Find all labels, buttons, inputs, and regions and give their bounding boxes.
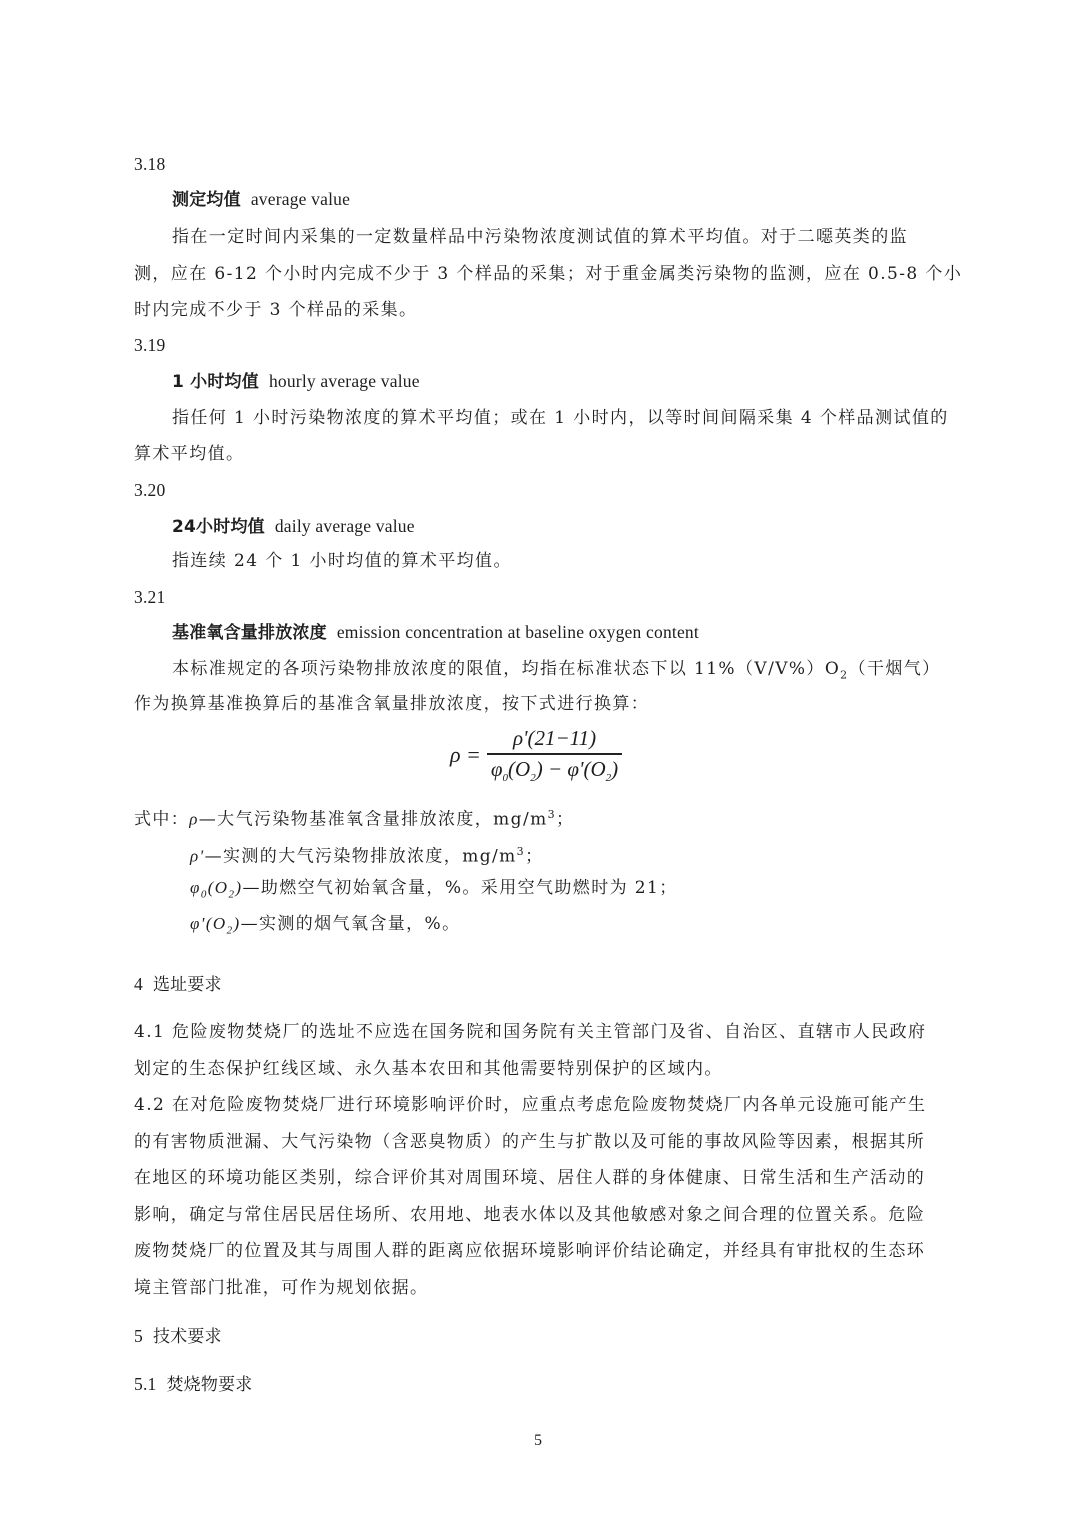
term-heading: 测定均值average value [172,187,350,212]
subsection-title: 焚烧物要求 [166,1375,252,1395]
term-en: hourly average value [269,371,420,391]
variable-definition: φ0(O2)—助燃空气初始氧含量，%。采用空气助燃时为 21； [190,876,678,906]
paragraph-line: 测，应在 6-12 个小时内完成不少于 3 个样品的采集；对于重金属类污染物的监… [134,262,962,286]
variable-desc: —大气污染物基准氧含量排放浓度，mg/m [199,810,548,830]
text-run: ) [611,757,618,781]
paragraph-line: 时内完成不少于 3 个样品的采集。 [134,298,417,322]
formula-denominator: φ0(O2) − φ'(O2) [487,755,622,784]
subsection-heading: 5.1焚烧物要求 [134,1372,252,1397]
paragraph-line: 废物焚烧厂的位置及其与周围人群的距离应依据环境影响评价结论确定，并经具有审批权的… [134,1239,925,1263]
paragraph-line: 在地区的环境功能区类别，综合评价其对周围环境、居住人群的身体健康、日常生活和生产… [134,1166,925,1190]
subscript: 0 [201,888,208,900]
section-title: 选址要求 [153,975,222,995]
variable-symbol: (O [208,878,229,897]
variable-symbol: ρ' [190,847,205,866]
variable-symbol: ρ [189,810,199,829]
paragraph-line: 划定的生态保护红线区域、永久基本农田和其他需要特别保护的区域内。 [134,1057,723,1081]
term-heading: 24小时均值daily average value [172,514,415,539]
term-heading: 1 小时均值hourly average value [172,369,420,394]
variable-desc: —实测的大气污染物排放浓度，mg/m [205,847,517,867]
term-cn: 24小时均值 [172,517,265,537]
term-cn: 测定均值 [172,190,241,210]
term-en: daily average value [275,516,415,536]
paragraph-line: 指连续 24 个 1 小时均值的算术平均值。 [172,549,512,573]
paragraph-line: 境主管部门批准，可作为规划依据。 [134,1276,428,1300]
subscript: 2 [227,924,234,936]
section-heading: 5技术要求 [134,1324,222,1349]
text-run: (O [508,757,530,781]
text-run: （干烟气） [849,659,941,679]
paragraph-line: 4.2 在对危险废物焚烧厂进行环境影响评价时，应重点考虑危险废物焚烧厂内各单元设… [134,1093,926,1117]
variable-symbol: φ'(O [190,914,227,933]
subsection-number: 5.1 [134,1374,156,1394]
section-number: 5 [134,1326,143,1346]
variable-symbol: φ [190,878,201,897]
variable-definition: ρ'—实测的大气污染物排放浓度，mg/m3； [190,840,543,869]
clause-number: 3.18 [134,152,165,176]
paragraph-line: 算术平均值。 [134,442,244,466]
conversion-formula: ρ = ρ'(21−11) φ0(O2) − φ'(O2) [450,722,622,788]
variable-definition: 式中：ρ—大气污染物基准氧含量排放浓度，mg/m3； [134,803,574,832]
term-en: average value [251,189,350,209]
page-number: 5 [534,1432,542,1450]
subscript: 2 [840,668,848,681]
text-run: 本标准规定的各项污染物排放浓度的限值，均指在标准状态下以 11%（V/V%）O [172,659,840,679]
variable-desc: —实测的烟气氧含量，%。 [241,914,461,934]
clause-number: 3.19 [134,333,165,357]
variable-symbol: ) [234,914,241,933]
section-title: 技术要求 [153,1327,222,1347]
paragraph-line: 指在一定时间内采集的一定数量样品中污染物浓度测试值的算术平均值。对于二噁英类的监 [172,225,908,249]
text-run: ； [556,810,574,830]
formula-fraction: ρ'(21−11) φ0(O2) − φ'(O2) [487,726,622,784]
clause-number: 3.20 [134,478,165,502]
paragraph-line: 4.1 危险废物焚烧厂的选址不应选在国务院和国务院有关主管部门及省、自治区、直辖… [134,1020,926,1044]
document-page: 3.18 测定均值average value 指在一定时间内采集的一定数量样品中… [0,0,1080,1527]
paragraph-line: 本标准规定的各项污染物排放浓度的限值，均指在标准状态下以 11%（V/V%）O2… [172,657,941,687]
variable-definition: φ'(O2)—实测的烟气氧含量，%。 [190,912,461,942]
paragraph-line: 作为换算基准换算后的基准含氧量排放浓度，按下式进行换算： [134,692,649,716]
where-label: 式中： [134,810,189,830]
variable-desc: —助燃空气初始氧含量，%。采用空气助燃时为 21； [242,878,677,898]
text-run: ； [525,847,543,867]
term-en: emission concentration at baseline oxyge… [337,622,699,642]
term-cn: 1 小时均值 [172,372,259,392]
paragraph-line: 指任何 1 小时污染物浓度的算术平均值；或在 1 小时内，以等时间间隔采集 4 … [172,406,949,430]
superscript: 3 [517,845,525,858]
text-run: ) − φ'(O [536,757,606,781]
formula-numerator: ρ'(21−11) [507,726,602,753]
formula-lhs: ρ = [450,742,481,768]
section-number: 4 [134,974,143,994]
paragraph-line: 影响，确定与常住居民居住场所、农用地、地表水体以及其他敏感对象之间合理的位置关系… [134,1203,925,1227]
section-heading: 4选址要求 [134,972,222,997]
clause-number: 3.21 [134,585,165,609]
paragraph-line: 的有害物质泄漏、大气污染物（含恶臭物质）的产生与扩散以及可能的事故风险等因素，根… [134,1130,925,1154]
term-cn: 基准氧含量排放浓度 [172,623,327,643]
superscript: 3 [548,808,556,821]
term-heading: 基准氧含量排放浓度emission concentration at basel… [172,620,699,645]
text-run: φ [491,757,503,781]
